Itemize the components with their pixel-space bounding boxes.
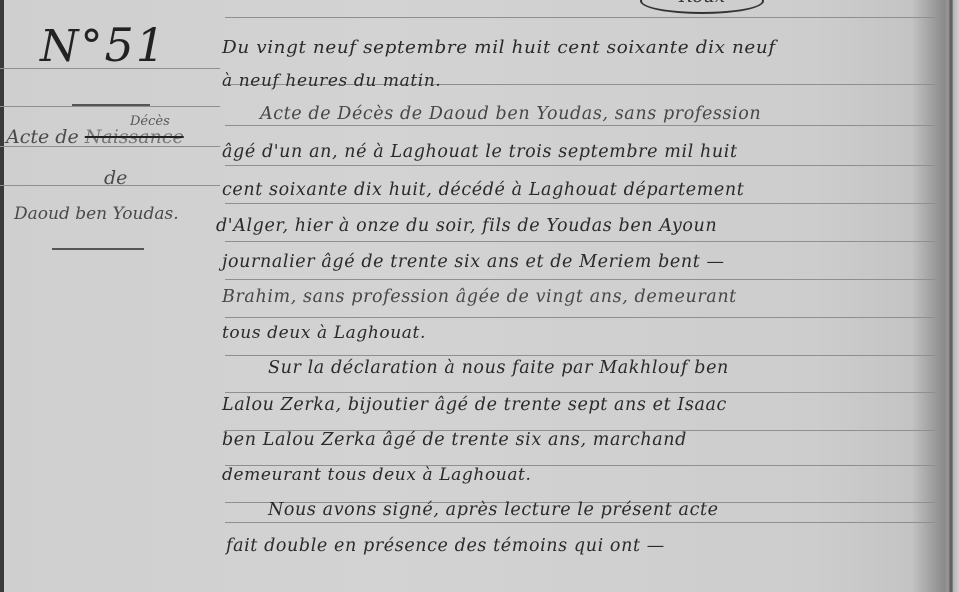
ruled-line — [225, 165, 935, 166]
margin-title-struck: Naissance — [85, 126, 184, 148]
record-line: Brahim, sans profession âgée de vingt an… — [222, 287, 942, 307]
ruled-line — [225, 125, 935, 126]
record-line: à neuf heures du matin. — [222, 71, 942, 91]
record-number-value: 51 — [105, 18, 168, 72]
record-line: fait double en présence des témoins qui … — [226, 536, 946, 556]
ruled-line — [225, 317, 935, 318]
record-line: ben Lalou Zerka âgé de trente six ans, m… — [222, 430, 942, 450]
margin-title-prefix: Acte de — [6, 126, 79, 148]
record-line: Du vingt neuf septembre mil huit cent so… — [222, 37, 956, 58]
record-line: Nous avons signé, après lecture le prése… — [268, 500, 959, 520]
record-number: N°51 — [40, 18, 167, 72]
margin-underline — [52, 248, 144, 250]
record-line: cent soixante dix huit, décédé à Laghoua… — [222, 180, 942, 200]
margin-title-correction: Décès — [130, 114, 170, 129]
record-line: âgé d'un an, né à Laghouat le trois sept… — [222, 142, 942, 162]
margin-subject-name: Daoud ben Youdas. — [14, 204, 179, 224]
signature-fragment-top: Roux — [640, 0, 764, 14]
margin-title: Acte de Naissance — [6, 126, 184, 148]
record-line: Lalou Zerka, bijoutier âgé de trente sep… — [222, 395, 942, 415]
page-binding-left — [0, 0, 4, 592]
record-line: demeurant tous deux à Laghouat. — [222, 465, 942, 485]
ruled-line — [225, 17, 935, 18]
ruled-line — [225, 241, 935, 242]
ruled-line — [225, 392, 935, 393]
ruled-line — [225, 522, 935, 523]
margin-connector: de — [104, 167, 127, 189]
record-line: d'Alger, hier à onze du soir, fils de Yo… — [216, 216, 936, 236]
signature-text: Roux — [679, 0, 725, 4]
margin-rule — [0, 106, 220, 107]
ruled-line — [225, 355, 935, 356]
record-line: Sur la déclaration à nous faite par Makh… — [268, 358, 959, 378]
record-line: Acte de Décès de Daoud ben Youdas, sans … — [260, 104, 959, 124]
record-line: tous deux à Laghouat. — [222, 323, 942, 343]
record-number-prefix: N° — [40, 21, 105, 72]
record-line: journalier âgé de trente six ans et de M… — [222, 252, 942, 272]
ruled-line — [225, 279, 935, 280]
ruled-line — [225, 203, 935, 204]
margin-underline — [72, 104, 150, 106]
scanned-register-page: Roux N°51 Acte de Naissance Décès de Dao… — [0, 0, 959, 592]
